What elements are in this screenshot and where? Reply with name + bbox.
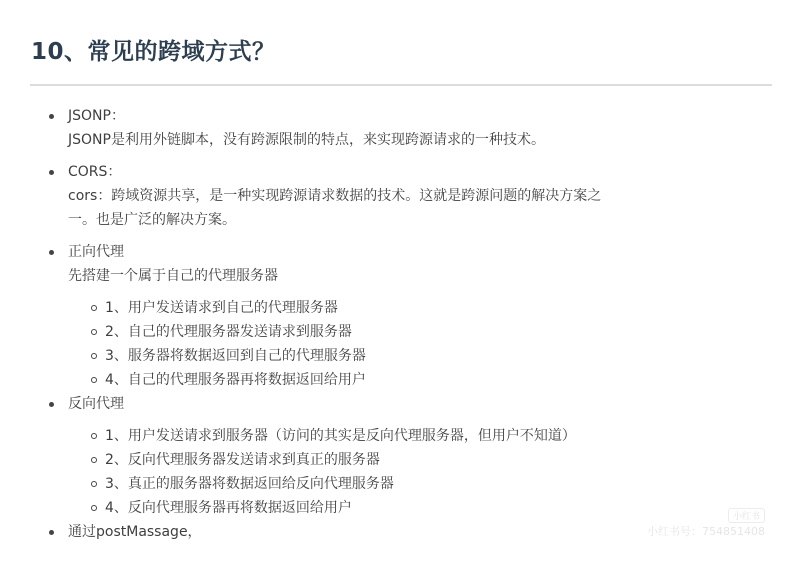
step-item: 2、反向代理服务器发送请求到真正的服务器	[68, 448, 805, 472]
heading-divider	[30, 84, 772, 86]
bullet-circle-icon	[91, 457, 97, 463]
watermark-badge: 小红书	[728, 508, 765, 523]
step-text: 3、服务器将数据返回到自己的代理服务器	[105, 348, 366, 364]
document-page: 10、常见的跨域方式？ JSONP： JSONP是利用外链脚本，没有跨源限制的特…	[0, 0, 805, 570]
step-item: 4、自己的代理服务器再将数据返回给用户	[68, 368, 805, 392]
list-item-jsonp: JSONP： JSONP是利用外链脚本，没有跨源限制的特点，来实现跨源请求的一种…	[0, 104, 805, 152]
bullet-disc-icon	[49, 250, 54, 255]
step-item: 1、用户发送请求到服务器（访问的其实是反向代理服务器，但用户不知道）	[68, 424, 805, 448]
item-description: JSONP是利用外链脚本，没有跨源限制的特点，来实现跨源请求的一种技术。	[68, 128, 708, 152]
item-label: CORS：	[68, 160, 805, 184]
step-text: 2、反向代理服务器发送请求到真正的服务器	[105, 452, 380, 468]
watermark-text: 小红书号：754851408	[647, 523, 765, 539]
step-item: 1、用户发送请求到自己的代理服务器	[68, 296, 805, 320]
step-item: 3、真正的服务器将数据返回给反向代理服务器	[68, 472, 805, 496]
step-text: 1、用户发送请求到服务器（访问的其实是反向代理服务器，但用户不知道）	[105, 428, 576, 444]
step-text: 4、反向代理服务器再将数据返回给用户	[105, 500, 352, 516]
reverse-proxy-steps: 1、用户发送请求到服务器（访问的其实是反向代理服务器，但用户不知道） 2、反向代…	[68, 424, 805, 520]
bullet-circle-icon	[91, 481, 97, 487]
list-item-cors: CORS： cors：跨域资源共享，是一种实现跨源请求数据的技术。这就是跨源问题…	[0, 160, 805, 232]
cross-origin-methods-list: JSONP： JSONP是利用外链脚本，没有跨源限制的特点，来实现跨源请求的一种…	[0, 104, 805, 544]
item-description: 先搭建一个属于自己的代理服务器	[68, 264, 708, 288]
item-label: 反向代理	[68, 392, 805, 416]
bullet-circle-icon	[91, 305, 97, 311]
item-label: JSONP：	[68, 104, 805, 128]
step-text: 1、用户发送请求到自己的代理服务器	[105, 300, 338, 316]
section-heading: 10、常见的跨域方式？	[31, 36, 276, 68]
step-item: 2、自己的代理服务器发送请求到服务器	[68, 320, 805, 344]
bullet-circle-icon	[91, 353, 97, 359]
step-text: 3、真正的服务器将数据返回给反向代理服务器	[105, 476, 394, 492]
list-item-reverse-proxy: 反向代理 1、用户发送请求到服务器（访问的其实是反向代理服务器，但用户不知道） …	[0, 392, 805, 520]
bullet-disc-icon	[49, 114, 54, 119]
step-item: 3、服务器将数据返回到自己的代理服务器	[68, 344, 805, 368]
item-label: 正向代理	[68, 240, 805, 264]
step-text: 4、自己的代理服务器再将数据返回给用户	[105, 372, 366, 388]
bullet-circle-icon	[91, 377, 97, 383]
bullet-disc-icon	[49, 170, 54, 175]
bullet-disc-icon	[49, 402, 54, 407]
step-text: 2、自己的代理服务器发送请求到服务器	[105, 324, 352, 340]
bullet-circle-icon	[91, 505, 97, 511]
bullet-disc-icon	[49, 530, 54, 535]
bullet-circle-icon	[91, 433, 97, 439]
bullet-circle-icon	[91, 329, 97, 335]
item-description: cors：跨域资源共享，是一种实现跨源请求数据的技术。这就是跨源问题的解决方案之…	[68, 184, 620, 232]
list-item-forward-proxy: 正向代理 先搭建一个属于自己的代理服务器 1、用户发送请求到自己的代理服务器 2…	[0, 240, 805, 392]
forward-proxy-steps: 1、用户发送请求到自己的代理服务器 2、自己的代理服务器发送请求到服务器 3、服…	[68, 296, 805, 392]
step-item: 4、反向代理服务器再将数据返回给用户	[68, 496, 805, 520]
